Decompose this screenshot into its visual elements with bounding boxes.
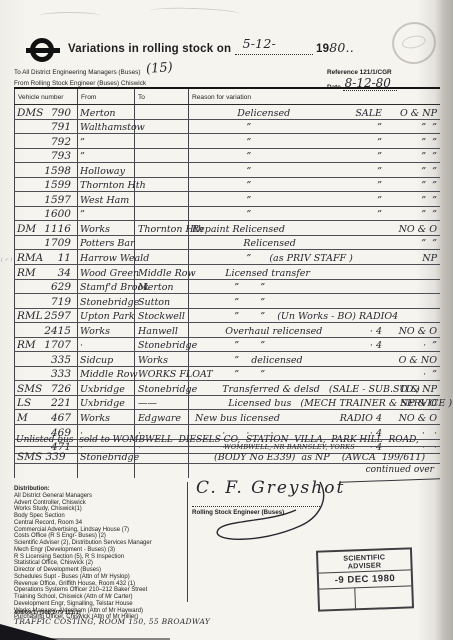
vehicle-number-cell: 1598 — [14, 163, 76, 177]
from-cell: ” — [80, 137, 85, 148]
table-row: 793 ” ” ” ” ” — [14, 149, 440, 164]
addressee-line: To All District Engineering Managers (Bu… — [14, 69, 140, 76]
code-cell-right: ” ” — [421, 122, 437, 133]
reason-cell: Delicensed — [192, 108, 290, 119]
to-cell: Stonebridge — [138, 340, 197, 351]
table-row: M467 Works Edgware New bus licensed RADI… — [14, 410, 440, 425]
london-transport-roundel-icon — [26, 38, 60, 64]
to-cell: Edgware — [138, 413, 181, 424]
vehicle-number-cell: LS221 — [14, 396, 76, 410]
vehicle-number-cell: 335 — [14, 352, 76, 366]
body-note: (BODY No E339) as NP (AWCA 199/611) — [214, 452, 425, 463]
pencil-scribble — [150, 6, 240, 18]
from-cell: Middle Row — [80, 369, 138, 380]
from-cell: Walthamstow — [80, 122, 145, 133]
distribution-item: Schedules Supt - Buses (Attn of Mr Hyslo… — [14, 574, 186, 581]
distribution-item: Commercial Advertising, Lindsay House (7… — [14, 527, 186, 534]
reason-cell: ” — [192, 209, 251, 220]
code-cell-mid: ” — [377, 166, 382, 177]
from-cell: Works — [80, 326, 110, 337]
vehicle-number-cell: M467 — [14, 410, 76, 424]
table-row: LS221 Uxbridge —— Licensed bus (MECH TRA… — [14, 396, 440, 411]
to-cell: Stockwell — [138, 311, 185, 322]
margin-annotation: ( ✓ ) — [1, 258, 15, 264]
reason-cell: ” ” — [192, 282, 265, 293]
vehicle-number-cell: DMS790 — [14, 105, 76, 119]
table-row: 1709 Potters Bar Relicensed ” ” — [14, 236, 440, 251]
code-cell-mid: SALE — [355, 108, 382, 119]
vehicle-number-cell: 1600 — [14, 207, 76, 221]
table-row: 791 Walthamstow ” ” ” ” — [14, 120, 440, 135]
distribution-item: Training School, Chiswick (Attn of Mr Ca… — [14, 594, 186, 601]
reason-cell: ” — [192, 151, 251, 162]
table-row: RMA11 Harrow Weald ” (as PRIV STAFF ) NP — [14, 250, 440, 265]
table-row: SMS726 Uxbridge Stonebridge Transferred … — [14, 381, 440, 396]
divider-line — [187, 482, 188, 602]
table-row: 792 ” ” ” ” ” — [14, 134, 440, 149]
reason-cell: Repaint Relicensed — [192, 224, 285, 235]
reference-number: Reference 121/1/CGR — [327, 69, 392, 76]
distribution-item: Director of Development (Buses) — [14, 567, 186, 574]
from-cell: ” — [80, 209, 85, 220]
title-text: Variations in rolling stock on — [68, 43, 231, 55]
vehicle-number-cell: 333 — [14, 367, 76, 381]
from-cell: Uxbridge — [80, 384, 125, 395]
col-header-from: From — [81, 94, 96, 101]
faint-circular-stamp-icon — [388, 18, 440, 68]
vehicle-number-cell: 629 — [14, 280, 76, 294]
from-cell: Potters Bar — [80, 238, 135, 249]
distribution-item: Operations Systems Officer 210–212 Baker… — [14, 587, 186, 594]
code-cell-right: NP & O — [400, 398, 437, 409]
col-header-vehicle: Vehicle number — [18, 94, 63, 101]
handwritten-footer-note: TRAFFIC COSTING, ROOM 150, 55 BROADWAY — [14, 617, 210, 626]
table-row: DM1116 Works Thornton Hth Repaint Relice… — [14, 221, 440, 236]
reason-cell: ” (as PRIV STAFF ) — [192, 253, 353, 264]
distribution-list: All District General ManagersAdvert Cont… — [14, 493, 186, 621]
from-cell: Stonebridge — [80, 297, 139, 308]
vehicle-number-cell: RM1707 — [14, 338, 76, 352]
table-row: RM34 Wood Green Middle Row Licensed tran… — [14, 265, 440, 280]
code-cell-right: ” ” — [421, 166, 437, 177]
reason-cell: New bus licensed — [192, 413, 280, 424]
distribution-item: Mech Engr (Development - Buses) (3) — [14, 547, 186, 554]
vehicle-number-cell: RML2597 — [14, 309, 76, 323]
distribution-item: Costs Office (R S Engr- Buses) (2) — [14, 533, 186, 540]
reason-cell: ” — [192, 137, 251, 148]
code-cell-right: ” ” — [421, 180, 437, 191]
handwritten-count: (15) — [146, 60, 174, 77]
from-cell: Harrow Weald — [80, 253, 149, 264]
scientific-adviser-stamp: SCIENTIFIC ADVISER -9 DEC 1980 — [316, 547, 414, 611]
to-cell: —— — [138, 398, 157, 409]
vehicle-number-cell: 792 — [14, 134, 76, 148]
continued-over-note: continued over — [366, 465, 434, 475]
vehicle-number-cell: RMA11 — [14, 250, 76, 264]
vehicle-number-cell: 793 — [14, 149, 76, 163]
to-cell: Works — [138, 355, 168, 366]
code-cell-right: NO & O — [399, 224, 437, 235]
from-cell: Merton — [80, 108, 116, 119]
title-date-line: 5-12- — [235, 42, 313, 55]
code-cell-right: · ” — [423, 340, 437, 351]
table-notes: Unlisted bus sold to WOMBWELL DIESELS CO… — [14, 431, 440, 481]
to-cell: Merton — [138, 282, 174, 293]
from-cell: Works — [80, 413, 110, 424]
distribution-item: Development Engr, Signalling, Telstar Ho… — [14, 601, 186, 608]
signature-line — [192, 506, 320, 507]
reason-cell: ” — [192, 180, 251, 191]
reason-cell: Transferred & delsd (SALE - SUB.STD.) — [192, 384, 420, 395]
code-cell-mid: ” — [377, 151, 382, 162]
table-row: 2415 Works Hanwell Overhaul relicensed ·… — [14, 323, 440, 338]
vehicle-number-cell: 1599 — [14, 178, 76, 192]
from-cell: Works — [80, 224, 110, 235]
code-cell-right: ” ” — [421, 195, 437, 206]
reason-cell: ” delicensed — [192, 355, 303, 366]
code-cell-right: ” ” — [421, 238, 437, 249]
code-cell-right: ” ” — [421, 137, 437, 148]
from-cell: Wood Green — [80, 268, 139, 279]
table-row: DMS790 Merton Delicensed SALE O & NP — [14, 105, 440, 120]
table-row: 1600 ” ” ” ” ” — [14, 207, 440, 222]
pencil-scribble — [40, 12, 100, 19]
distribution-block: Distribution: All District General Manag… — [14, 486, 186, 621]
from-cell: Thornton Hth — [80, 180, 146, 191]
reason-cell: ” — [192, 166, 251, 177]
to-cell: Middle Row — [138, 268, 196, 279]
table-row: 719 Stonebridge Sutton ” ” — [14, 294, 440, 309]
code-cell-right: · ” — [423, 369, 437, 380]
from-cell: Stonebridge — [80, 452, 139, 463]
code-cell-right: O & NP — [400, 108, 437, 119]
code-cell-mid: RADIO 4 — [340, 413, 382, 424]
from-cell: Uxbridge — [80, 398, 125, 409]
sold-note-line1: Unlisted bus sold to WOMBWELL DIESELS CO… — [16, 435, 419, 445]
code-cell-mid: · 4 — [370, 326, 382, 337]
distribution-item: Statistical Office, Chiswick (2) — [14, 560, 186, 567]
to-cell: Stonebridge — [138, 384, 197, 395]
sms-339-row: WOMBWELL, NR BARNSLEY, YORKS SMS 339 Sto… — [14, 447, 440, 464]
distribution-label: Distribution: — [14, 486, 186, 493]
distribution-item: Body Spec Section — [14, 513, 186, 520]
code-cell-mid: ” — [377, 122, 382, 133]
handwritten-date: 5-12- — [243, 36, 276, 51]
code-cell-mid: ” — [377, 209, 382, 220]
distribution-item: Advert Controller, Chiswick — [14, 500, 186, 507]
vehicle-number-cell: 2415 — [14, 323, 76, 337]
table-row: 335 Sidcup Works ” delicensed O & NO — [14, 352, 440, 367]
from-cell: · — [80, 340, 83, 351]
code-cell-right: NP — [422, 253, 437, 264]
distribution-item: Scientific Adviser (2), Distribution Ser… — [14, 540, 186, 547]
reason-cell: ” — [192, 122, 251, 133]
code-cell-mid: ” — [377, 137, 382, 148]
table-row: 629 Stamf'd Brook Merton ” ” — [14, 280, 440, 295]
vehicle-number-cell: 791 — [14, 120, 76, 134]
distribution-item: All District General Managers — [14, 493, 186, 500]
code-cell-mid: · 4 — [370, 340, 382, 351]
vehicle-number-cell: 1709 — [14, 236, 76, 250]
table-row: 1599 Thornton Hth ” ” ” ” — [14, 178, 440, 193]
from-cell: Upton Park — [80, 311, 135, 322]
form-reference: 408/69(1) [500 2/79 121/1] — [14, 610, 81, 616]
code-cell-right: O & NP — [400, 384, 437, 395]
reason-cell: ” ” — [192, 297, 265, 308]
code-cell-right: O & NO — [399, 355, 437, 366]
form-title: Variations in rolling stock on 5-12- 198… — [68, 40, 354, 55]
reason-cell: Licensed transfer — [192, 268, 310, 279]
code-cell-mid: ” — [377, 180, 382, 191]
from-cell: ” — [80, 151, 85, 162]
reason-cell: ” — [192, 195, 251, 206]
code-cell-right: NO & O — [399, 413, 437, 424]
code-cell-right: NO & O — [399, 326, 437, 337]
distribution-item: Central Record, Room 34 — [14, 520, 186, 527]
year-prefix: 19 — [316, 43, 329, 55]
vehicle-number-cell: DM1116 — [14, 221, 76, 235]
col-header-to: To — [138, 94, 145, 101]
vehicle-class: SMS 339 — [17, 451, 66, 463]
distribution-item: R S Licensing Section (5), R S Inspectio… — [14, 554, 186, 561]
reason-cell: ” ” — [192, 369, 265, 380]
table-row: 333 Middle Row WORKS FLOAT ” ” · ” — [14, 367, 440, 382]
table-row: 1597 West Ham ” ” ” ” — [14, 192, 440, 207]
to-cell: Hanwell — [138, 326, 178, 337]
reason-cell: Overhaul relicensed — [192, 326, 322, 337]
vehicle-number-cell: 719 — [14, 294, 76, 308]
table-row: 1598 Holloway ” ” ” ” — [14, 163, 440, 178]
table-header-row: Vehicle number From To Reason for variat… — [14, 90, 440, 105]
distribution-item: Works Study, Chiswick(1) — [14, 506, 186, 513]
stamp-empty-cells — [319, 586, 412, 609]
variations-table: Vehicle number From To Reason for variat… — [14, 87, 440, 478]
vehicle-number-cell: 1597 — [14, 192, 76, 206]
table-body: DMS790 Merton Delicensed SALE O & NP 791… — [14, 105, 440, 454]
from-cell: Sidcup — [80, 355, 113, 366]
col-header-reason: Reason for variation — [192, 94, 251, 101]
reason-cell: ” ” — [192, 340, 265, 351]
from-cell: West Ham — [80, 195, 129, 206]
to-cell: Sutton — [138, 297, 170, 308]
vehicle-number-cell: SMS726 — [14, 381, 76, 395]
table-row: RM1707 · Stonebridge ” ” · 4 · ” — [14, 338, 440, 353]
reason-cell: ” ” (Un Works - BO) RADIO4 — [192, 311, 398, 322]
code-cell-mid: ” — [377, 195, 382, 206]
signature-title: Rolling Stock Engineer (Buses) — [192, 509, 284, 516]
scanned-document-page: Variations in rolling stock on 5-12- 198… — [0, 0, 453, 640]
code-cell-right: ” ” — [421, 209, 437, 220]
handwritten-year: 80.. — [329, 40, 354, 55]
from-cell: Holloway — [80, 166, 125, 177]
reason-cell: Relicensed — [192, 238, 296, 249]
stamp-line2: ADVISER — [348, 560, 382, 570]
table-row: RML2597 Upton Park Stockwell ” ” (Un Wor… — [14, 309, 440, 324]
code-cell-right: ” ” — [421, 151, 437, 162]
sender-line: From Rolling Stock Engineer (Buses) Chis… — [14, 80, 146, 87]
distribution-item: Revenue Office, Griffith House, Room 432… — [14, 581, 186, 588]
sold-note-line2: WOMBWELL, NR BARNSLEY, YORKS — [224, 443, 355, 451]
vehicle-number-cell: RM34 — [14, 265, 76, 279]
